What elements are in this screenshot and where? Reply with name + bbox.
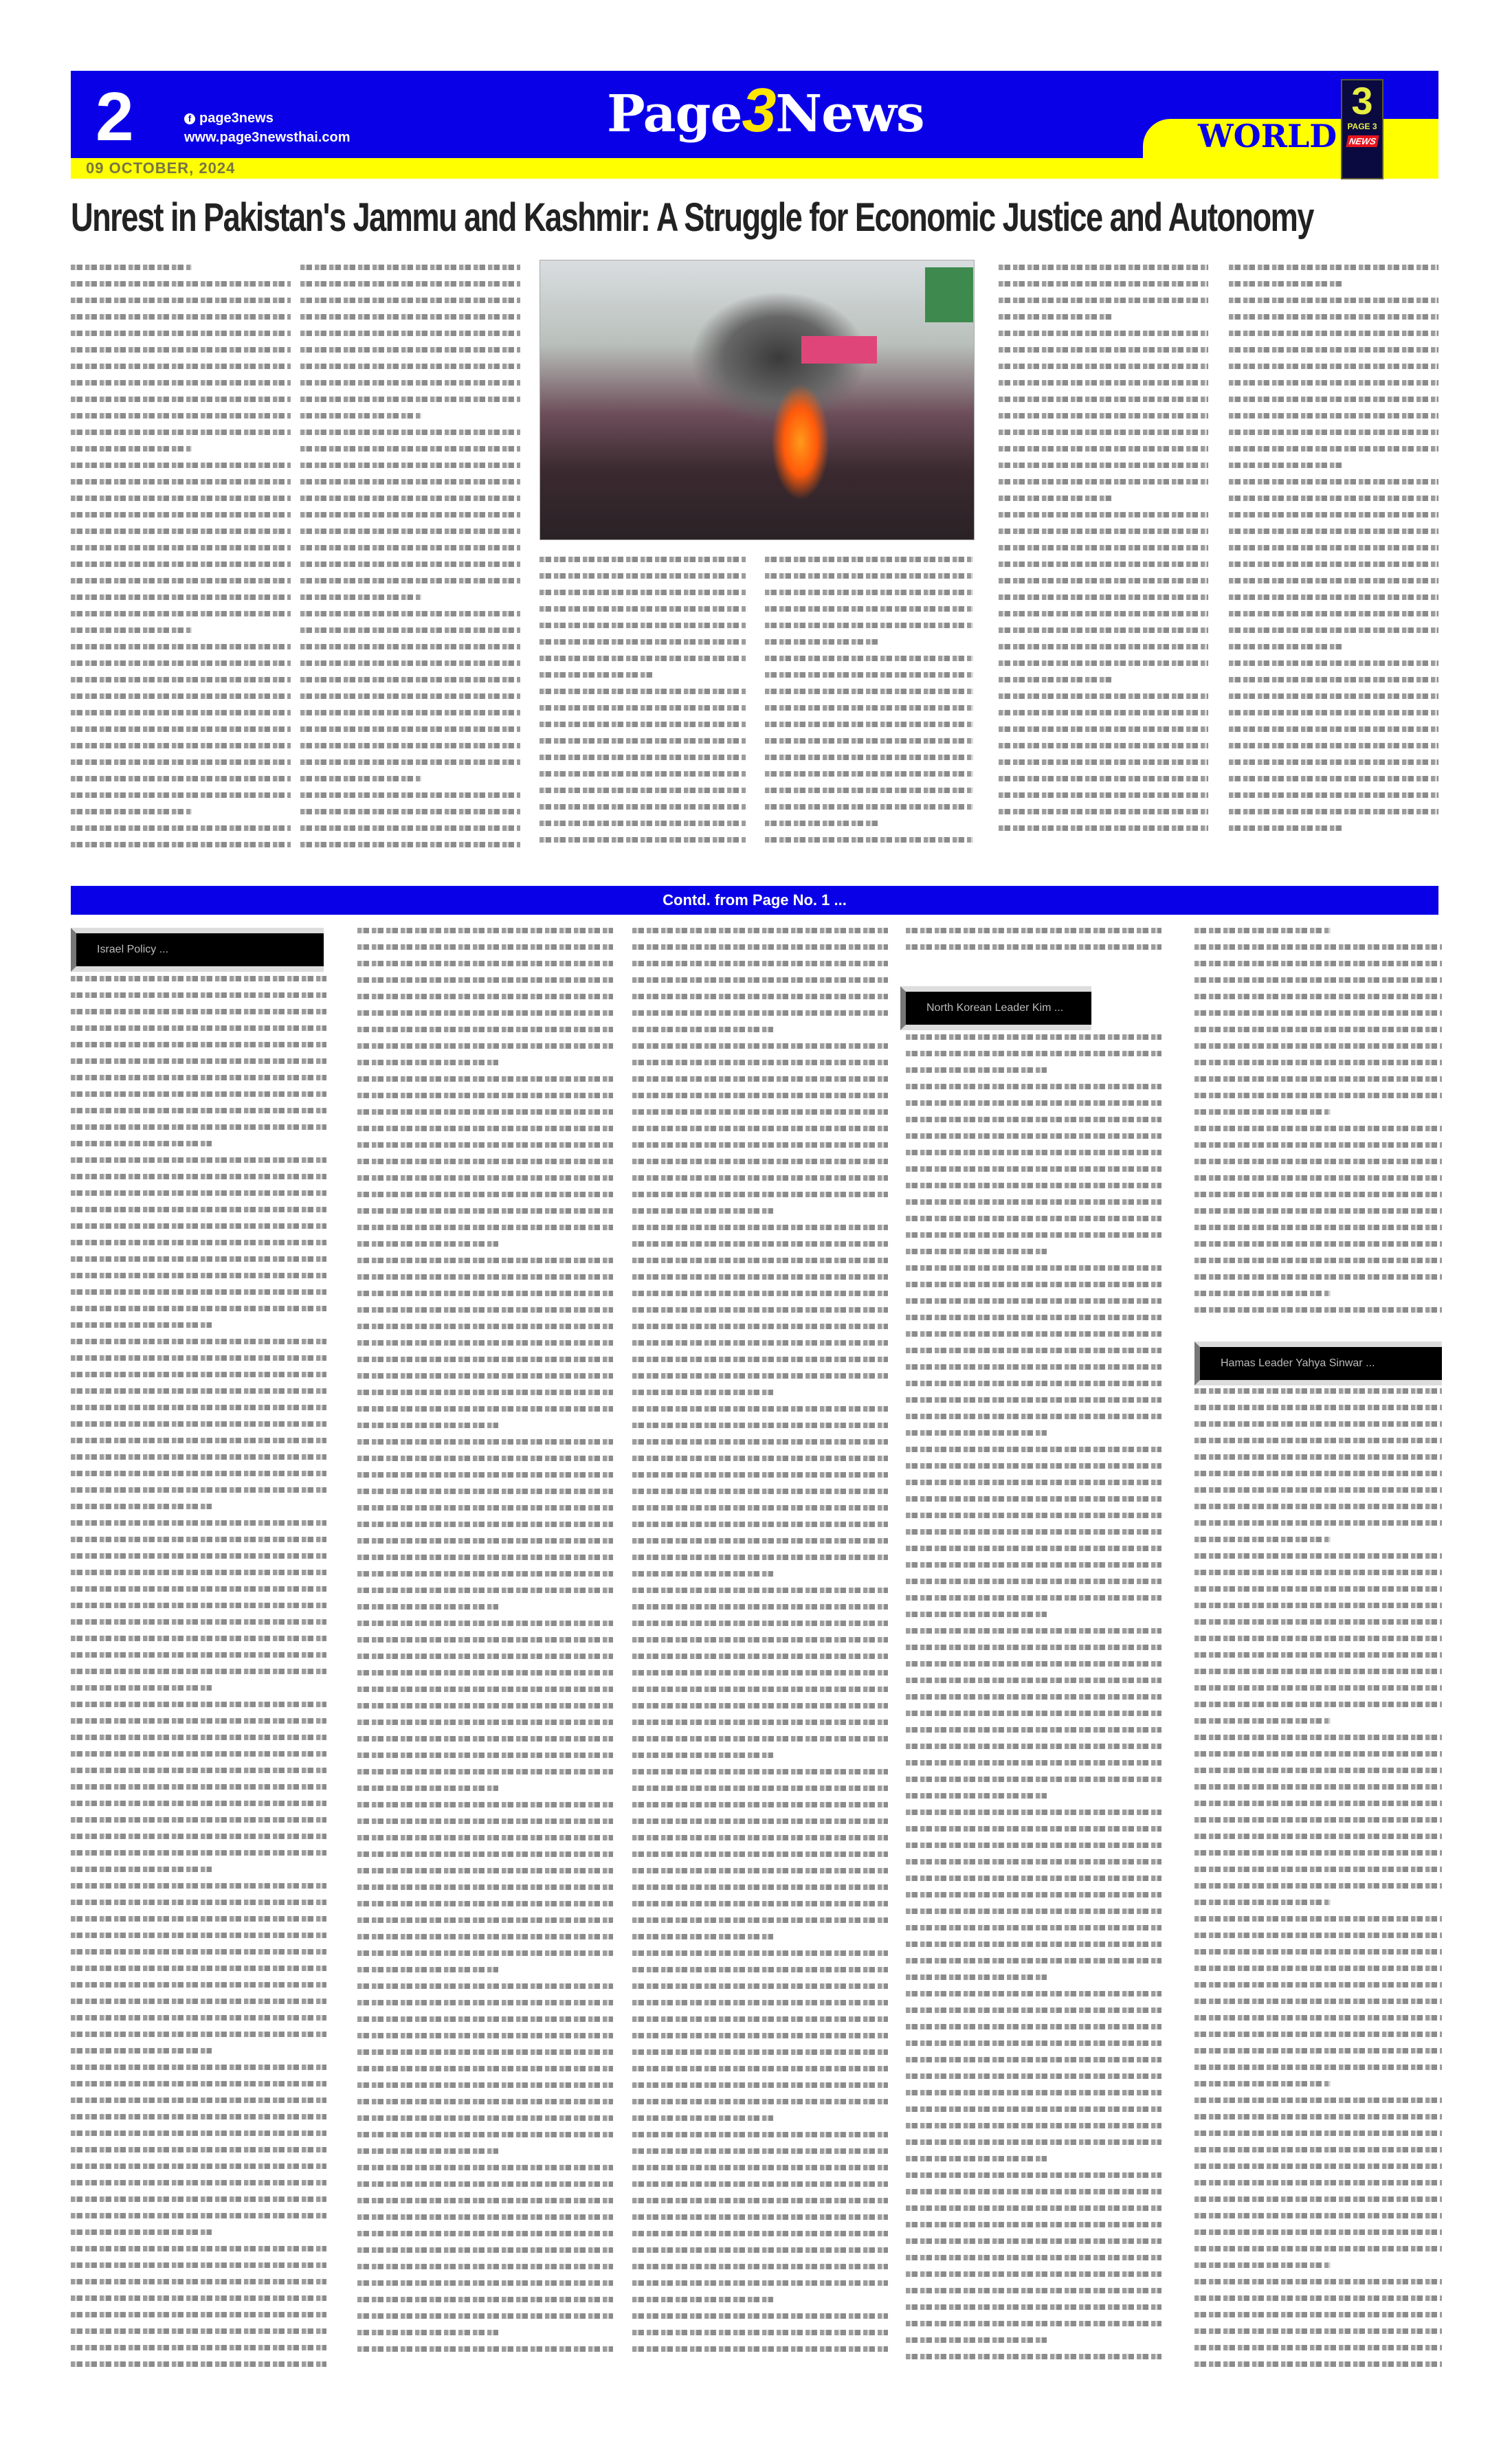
issue-date: 09 OCTOBER, 2024 xyxy=(86,159,235,177)
text-line xyxy=(906,2106,1161,2112)
text-line xyxy=(71,364,291,369)
text-line xyxy=(71,1355,326,1361)
text-line xyxy=(1194,1043,1442,1049)
text-line xyxy=(300,364,520,369)
text-line xyxy=(1194,1471,1442,1476)
text-line xyxy=(906,1430,1047,1436)
text-line xyxy=(300,660,520,666)
text-line xyxy=(765,804,973,810)
logo-three: 3 xyxy=(742,76,775,145)
text-line xyxy=(357,1637,613,1643)
text-line xyxy=(357,1324,613,1329)
text-line xyxy=(71,430,291,435)
text-line xyxy=(1194,1060,1442,1065)
text-line xyxy=(71,1850,326,1856)
text-line xyxy=(906,1232,1161,1238)
text-line xyxy=(1194,1867,1442,1872)
text-line xyxy=(540,557,746,562)
text-line xyxy=(1229,825,1344,831)
text-line xyxy=(300,792,520,798)
text-line xyxy=(765,738,973,744)
text-line xyxy=(357,2066,613,2071)
text-line xyxy=(906,1876,1161,1881)
text-line xyxy=(71,776,291,781)
text-line xyxy=(1229,660,1438,666)
text-line xyxy=(999,726,1208,732)
text-line xyxy=(1229,611,1438,616)
cont-column-1 xyxy=(71,976,326,2378)
website-link[interactable]: www.page3newsthai.com xyxy=(184,128,351,147)
text-line xyxy=(632,1736,888,1742)
text-line xyxy=(357,2115,613,2121)
text-line xyxy=(540,623,746,628)
text-line xyxy=(906,1298,1161,1304)
text-line xyxy=(1229,265,1438,270)
text-line xyxy=(71,2048,212,2054)
text-line xyxy=(906,2271,1161,2277)
text-line xyxy=(1194,1900,1331,1905)
text-line xyxy=(1229,528,1438,534)
cont-column-5-top xyxy=(1194,928,1442,1333)
text-line xyxy=(71,1586,326,1592)
text-line xyxy=(1229,578,1438,583)
text-line xyxy=(71,1174,326,1179)
text-line xyxy=(1194,2015,1442,2021)
text-line xyxy=(1194,1570,1442,1575)
text-line xyxy=(632,1126,888,1131)
text-line xyxy=(1194,1274,1442,1280)
text-line xyxy=(999,561,1208,567)
text-line xyxy=(765,573,973,579)
text-line xyxy=(1194,2295,1442,2301)
text-line xyxy=(632,2115,773,2121)
text-line xyxy=(906,1694,1161,1700)
text-line xyxy=(765,672,973,678)
text-line xyxy=(71,726,291,732)
text-line xyxy=(906,1612,1047,1617)
text-line xyxy=(357,2280,613,2286)
text-line xyxy=(1194,1159,1442,1164)
text-line xyxy=(357,1967,498,1972)
text-line xyxy=(1229,776,1438,781)
text-line xyxy=(357,2148,498,2154)
text-line xyxy=(906,1974,1047,1980)
text-line xyxy=(632,1720,888,1725)
text-line xyxy=(71,463,291,468)
text-line xyxy=(71,992,326,998)
text-line xyxy=(71,1124,326,1130)
text-line xyxy=(999,825,1208,831)
text-line xyxy=(357,1472,613,1478)
text-line xyxy=(71,1190,326,1196)
text-line xyxy=(632,2313,888,2319)
text-line xyxy=(906,1496,1161,1502)
text-line xyxy=(632,1043,888,1049)
text-line xyxy=(1194,1192,1442,1197)
text-line xyxy=(1194,1487,1442,1493)
text-line xyxy=(1229,496,1438,501)
text-line xyxy=(71,1949,326,1955)
text-line xyxy=(71,561,291,567)
text-line xyxy=(632,2297,773,2302)
text-line xyxy=(357,1093,613,1098)
text-line xyxy=(999,693,1208,699)
text-line xyxy=(357,1373,613,1379)
text-line xyxy=(1229,726,1438,732)
text-line xyxy=(300,496,520,501)
text-line xyxy=(1194,2312,1442,2317)
text-line xyxy=(632,2016,888,2022)
text-line xyxy=(906,1727,1161,1733)
text-line xyxy=(71,1273,326,1278)
text-line xyxy=(540,573,746,579)
text-line xyxy=(999,380,1208,386)
text-line xyxy=(71,1652,326,1658)
text-line xyxy=(357,1274,613,1280)
text-line xyxy=(1194,1883,1442,1889)
text-line xyxy=(1194,1438,1442,1443)
text-line xyxy=(1194,1735,1442,1740)
text-line xyxy=(1229,594,1438,600)
text-line xyxy=(1194,1999,1442,2004)
text-line xyxy=(71,1372,326,1377)
text-line xyxy=(1194,2328,1442,2334)
text-line xyxy=(71,1405,326,1410)
text-line xyxy=(1194,2098,1442,2103)
text-line xyxy=(357,1439,613,1445)
text-line xyxy=(906,2238,1161,2244)
text-line xyxy=(71,1784,326,1790)
text-line xyxy=(357,1851,613,1857)
text-line xyxy=(71,627,192,633)
text-line xyxy=(999,594,1208,600)
text-line xyxy=(1194,1636,1442,1641)
text-line xyxy=(71,1042,326,1047)
text-line xyxy=(71,1916,326,1922)
text-line xyxy=(765,557,973,562)
text-line xyxy=(906,1150,1161,1155)
text-line xyxy=(906,1909,1161,1914)
text-line xyxy=(71,2345,326,2350)
text-line xyxy=(1194,1142,1442,1148)
text-line xyxy=(1194,1982,1442,1988)
text-line xyxy=(71,413,291,419)
text-line xyxy=(71,545,291,550)
lead-column-6 xyxy=(1229,265,1438,849)
text-line xyxy=(1194,1784,1442,1790)
text-line xyxy=(1194,994,1442,999)
text-line xyxy=(1194,2081,1331,2087)
text-line xyxy=(906,1463,1161,1469)
text-line xyxy=(1229,677,1438,682)
text-line xyxy=(357,1423,498,1428)
text-line xyxy=(300,512,520,518)
text-line xyxy=(71,759,291,765)
text-line xyxy=(906,1760,1161,1766)
text-line xyxy=(357,1291,613,1296)
text-line xyxy=(632,1621,888,1626)
text-line xyxy=(357,2132,613,2137)
text-line xyxy=(906,928,1161,933)
lead-column-2 xyxy=(300,265,520,869)
text-line xyxy=(906,1447,1161,1452)
text-line xyxy=(357,2033,613,2038)
text-line xyxy=(300,314,520,320)
text-line xyxy=(906,2090,1161,2095)
text-line xyxy=(1194,1454,1442,1460)
text-line xyxy=(1194,1718,1331,1724)
text-line xyxy=(906,2304,1161,2310)
text-line xyxy=(906,1793,1047,1799)
text-line xyxy=(1194,1685,1442,1691)
text-line xyxy=(1194,2246,1442,2251)
text-line xyxy=(906,2040,1161,2046)
text-line xyxy=(1194,1949,1442,1955)
text-line xyxy=(632,1324,888,1329)
text-line xyxy=(1194,944,1442,950)
text-line xyxy=(999,463,1208,468)
text-line xyxy=(71,2015,326,2021)
text-line xyxy=(357,1258,613,1263)
text-line xyxy=(906,1315,1161,1320)
text-line xyxy=(71,1471,326,1476)
text-line xyxy=(1194,1520,1442,1526)
text-line xyxy=(906,1859,1161,1865)
text-line xyxy=(999,298,1208,303)
text-line xyxy=(1194,1801,1442,1806)
text-line xyxy=(906,1711,1161,1716)
text-line xyxy=(906,1595,1161,1601)
text-line xyxy=(999,446,1208,452)
text-line xyxy=(906,2222,1161,2227)
text-line xyxy=(357,1983,613,1989)
text-line xyxy=(906,1183,1161,1188)
text-line xyxy=(632,1868,888,1873)
text-line xyxy=(71,2180,326,2185)
text-line xyxy=(71,2196,326,2202)
text-line xyxy=(632,1357,888,1362)
text-line xyxy=(632,2346,888,2352)
text-line xyxy=(1229,743,1438,748)
text-line xyxy=(300,776,421,781)
text-line xyxy=(71,693,291,699)
text-line xyxy=(357,2214,613,2220)
text-line xyxy=(71,1240,326,1245)
text-line xyxy=(357,1950,613,1956)
text-line xyxy=(1194,1076,1442,1082)
text-line xyxy=(1194,2114,1442,2119)
text-line xyxy=(1194,1652,1442,1658)
text-line xyxy=(71,1075,326,1080)
text-line xyxy=(1229,413,1438,419)
text-line xyxy=(1194,2229,1442,2235)
text-line xyxy=(357,1654,613,1659)
text-line xyxy=(357,1670,613,1676)
text-line xyxy=(357,1060,498,1065)
masthead: 2 fpage3news www.page3newsthai.com 09 OC… xyxy=(71,71,1438,178)
text-line xyxy=(540,771,746,777)
text-line xyxy=(71,594,291,600)
text-line xyxy=(1194,1109,1331,1115)
text-line xyxy=(300,298,520,303)
text-line xyxy=(357,1159,613,1164)
text-line xyxy=(357,1901,613,1906)
text-line xyxy=(906,1628,1161,1634)
facebook-handle[interactable]: page3news xyxy=(199,111,274,126)
text-line xyxy=(71,298,291,303)
text-line xyxy=(632,2000,888,2005)
text-line xyxy=(906,1562,1161,1568)
page-number: 2 xyxy=(96,79,134,155)
text-line xyxy=(1194,1126,1442,1131)
text-line xyxy=(71,281,291,287)
text-line xyxy=(357,944,613,950)
text-line xyxy=(1229,710,1438,715)
text-line xyxy=(1194,1388,1442,1394)
text-line xyxy=(632,1571,773,1577)
text-line xyxy=(632,1785,888,1791)
text-line xyxy=(906,1744,1161,1749)
text-line xyxy=(632,1851,888,1857)
text-line xyxy=(999,331,1208,336)
story-tag-israel: Israel Policy ... xyxy=(71,928,324,972)
text-line xyxy=(1194,2361,1442,2367)
text-line xyxy=(632,1934,773,1939)
text-line xyxy=(71,2246,326,2251)
text-line xyxy=(765,722,973,727)
text-line xyxy=(906,2255,1161,2260)
text-line xyxy=(906,1397,1161,1403)
cont-column-4 xyxy=(906,1034,1161,2374)
text-line xyxy=(300,331,520,336)
text-line xyxy=(71,660,291,666)
text-line xyxy=(71,331,291,336)
text-line xyxy=(1229,792,1438,798)
page3-badge-icon: 3 PAGE 3 NEWS xyxy=(1341,79,1383,179)
text-line xyxy=(632,1274,888,1280)
text-line xyxy=(632,1241,888,1247)
text-line xyxy=(357,2247,613,2253)
text-line xyxy=(71,1537,326,1542)
badge-numeral: 3 xyxy=(1342,80,1382,122)
text-line xyxy=(71,265,192,270)
text-line xyxy=(357,2330,498,2335)
text-line xyxy=(632,2264,888,2269)
text-line xyxy=(1229,627,1438,633)
text-line xyxy=(1194,2032,1442,2037)
text-line xyxy=(357,1752,613,1758)
text-line xyxy=(357,1076,613,1082)
text-line xyxy=(632,994,888,999)
text-line xyxy=(632,1258,888,1263)
lead-headline: Unrest in Pakistan's Jammu and Kashmir: … xyxy=(71,194,1137,241)
text-line xyxy=(906,1546,1161,1551)
text-line xyxy=(300,397,520,402)
text-line xyxy=(765,705,973,711)
text-line xyxy=(632,2247,888,2253)
text-line xyxy=(71,1636,326,1641)
text-line xyxy=(1194,1586,1442,1592)
badge-news: NEWS xyxy=(1346,135,1379,147)
text-line xyxy=(71,1454,326,1460)
text-line xyxy=(999,430,1208,435)
text-line xyxy=(71,1900,326,1905)
text-line xyxy=(357,1917,613,1923)
text-line xyxy=(999,677,1114,682)
text-line xyxy=(300,825,520,831)
text-line xyxy=(632,1769,888,1774)
text-line xyxy=(906,1117,1161,1122)
text-line xyxy=(300,644,520,649)
text-line xyxy=(357,1357,613,1362)
text-line xyxy=(906,1282,1161,1287)
text-line xyxy=(906,2337,1047,2343)
text-line xyxy=(300,446,520,452)
text-line xyxy=(999,759,1208,765)
text-line xyxy=(1194,1258,1442,1263)
text-line xyxy=(999,512,1208,518)
text-line xyxy=(632,1208,773,1214)
text-line xyxy=(71,496,291,501)
text-line xyxy=(1229,331,1438,336)
text-line xyxy=(765,771,973,777)
text-line xyxy=(1194,1307,1442,1313)
text-line xyxy=(71,380,291,386)
text-line xyxy=(357,2099,613,2104)
text-line xyxy=(906,1331,1161,1337)
text-line xyxy=(540,656,746,661)
text-line xyxy=(632,944,888,950)
text-line xyxy=(71,397,291,402)
text-line xyxy=(1194,1241,1442,1247)
text-line xyxy=(71,2262,326,2268)
text-line xyxy=(1194,1702,1442,1707)
text-line xyxy=(906,1348,1161,1353)
text-line xyxy=(71,1669,326,1674)
text-line xyxy=(300,809,520,814)
text-line xyxy=(1194,961,1442,966)
text-line xyxy=(632,1703,888,1709)
text-line xyxy=(906,1199,1161,1205)
text-line xyxy=(906,2057,1161,2062)
text-line xyxy=(999,364,1208,369)
text-line xyxy=(906,1216,1161,1221)
story-tag-hamas: Hamas Leader Yahya Sinwar ... xyxy=(1194,1342,1442,1386)
text-line xyxy=(906,2189,1161,2194)
text-line xyxy=(765,639,880,645)
text-line xyxy=(71,792,291,798)
text-line xyxy=(357,1340,613,1346)
text-line xyxy=(999,397,1208,402)
text-line xyxy=(357,1456,613,1461)
text-line xyxy=(632,2148,888,2154)
text-line xyxy=(71,1834,326,1839)
text-line xyxy=(999,265,1208,270)
text-line xyxy=(357,1043,613,1049)
cont-column-4-top xyxy=(906,928,1161,976)
text-line xyxy=(357,2313,613,2319)
text-line xyxy=(357,1621,613,1626)
text-line xyxy=(632,2033,888,2038)
text-line xyxy=(1229,446,1438,452)
text-line xyxy=(300,677,520,682)
text-line xyxy=(540,590,746,595)
text-line xyxy=(540,788,746,793)
badge-label: PAGE 3 xyxy=(1342,122,1382,131)
text-line xyxy=(632,1093,888,1098)
text-line xyxy=(906,1265,1161,1271)
text-line xyxy=(540,639,746,645)
